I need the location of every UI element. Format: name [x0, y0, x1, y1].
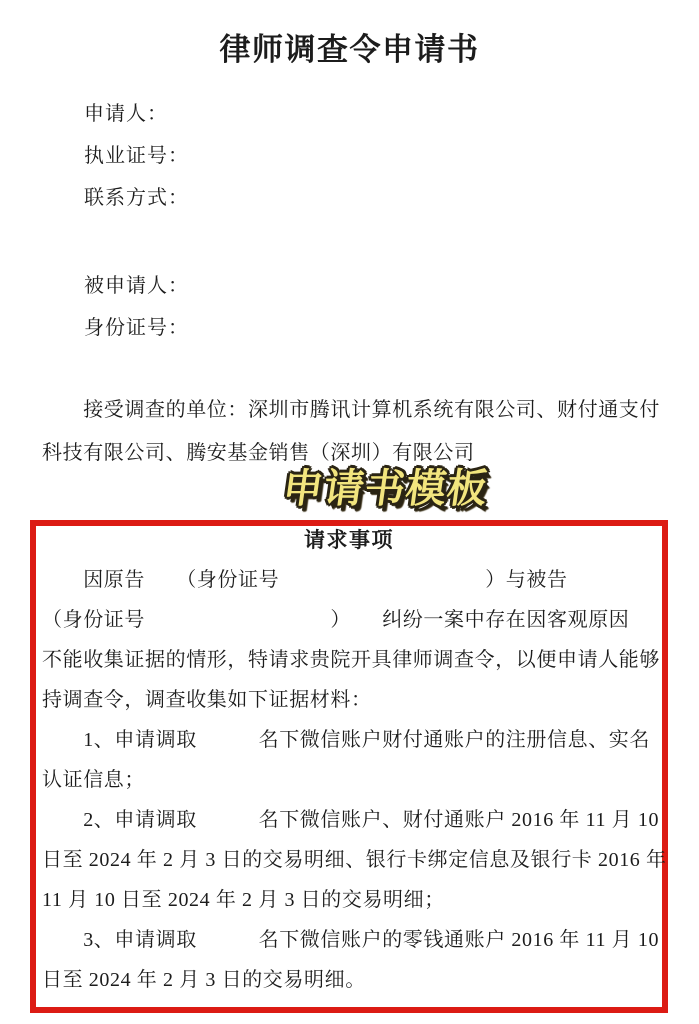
field-applicant-label: 申请人：: [84, 93, 189, 135]
request-line-item2: 2、申请调取 名下微信账户、财付通账户 2016 年 11 月 10: [42, 800, 658, 840]
request-items-heading: 请求事项: [36, 527, 662, 553]
request-line: 不能收集证据的情形，特请求贵院开具律师调查令，以便申请人能够: [42, 640, 658, 680]
request-items-box: 请求事项 因原告 （身份证号 ）与被告 （身份证号 ） 纠纷一案中存在因客观原因…: [30, 520, 668, 1013]
field-id-no-label: 身份证号：: [84, 307, 189, 349]
request-line: 因原告 （身份证号 ）与被告: [42, 560, 658, 600]
field-practice-no-label: 执业证号：: [84, 135, 189, 177]
template-badge: 申请书模板: [280, 466, 491, 512]
request-line-item2: 11 月 10 日至 2024 年 2 月 3 日的交易明细；: [42, 880, 658, 920]
request-line-item1: 1、申请调取 名下微信账户财付通账户的注册信息、实名: [42, 720, 658, 760]
applicant-fields: 申请人： 执业证号： 联系方式：: [84, 93, 189, 219]
request-line: （身份证号 ） 纠纷一案中存在因客观原因: [42, 600, 658, 640]
request-line-item1: 认证信息；: [42, 760, 658, 800]
request-line-item3: 3、申请调取 名下微信账户的零钱通账户 2016 年 11 月 10: [42, 920, 658, 960]
request-line-item3: 日至 2024 年 2 月 3 日的交易明细。: [42, 960, 658, 1000]
field-contact-label: 联系方式：: [84, 177, 189, 219]
document-title: 律师调查令申请书: [0, 24, 699, 69]
request-line-item2: 日至 2024 年 2 月 3 日的交易明细、银行卡绑定信息及银行卡 2016 …: [42, 840, 658, 880]
investigated-units-line: 接受调查的单位：深圳市腾讯计算机系统有限公司、财付通支付: [42, 389, 667, 432]
field-respondent-label: 被申请人：: [84, 265, 189, 307]
request-line: 持调查令，调查收集如下证据材料：: [42, 680, 658, 720]
investigated-units-paragraph: 接受调查的单位：深圳市腾讯计算机系统有限公司、财付通支付 科技有限公司、腾安基金…: [42, 389, 667, 475]
document-page: 律师调查令申请书 申请人： 执业证号： 联系方式： 被申请人： 身份证号： 接受…: [0, 0, 699, 1024]
respondent-fields: 被申请人： 身份证号：: [84, 265, 189, 349]
request-items-body: 因原告 （身份证号 ）与被告 （身份证号 ） 纠纷一案中存在因客观原因 不能收集…: [36, 560, 662, 1000]
